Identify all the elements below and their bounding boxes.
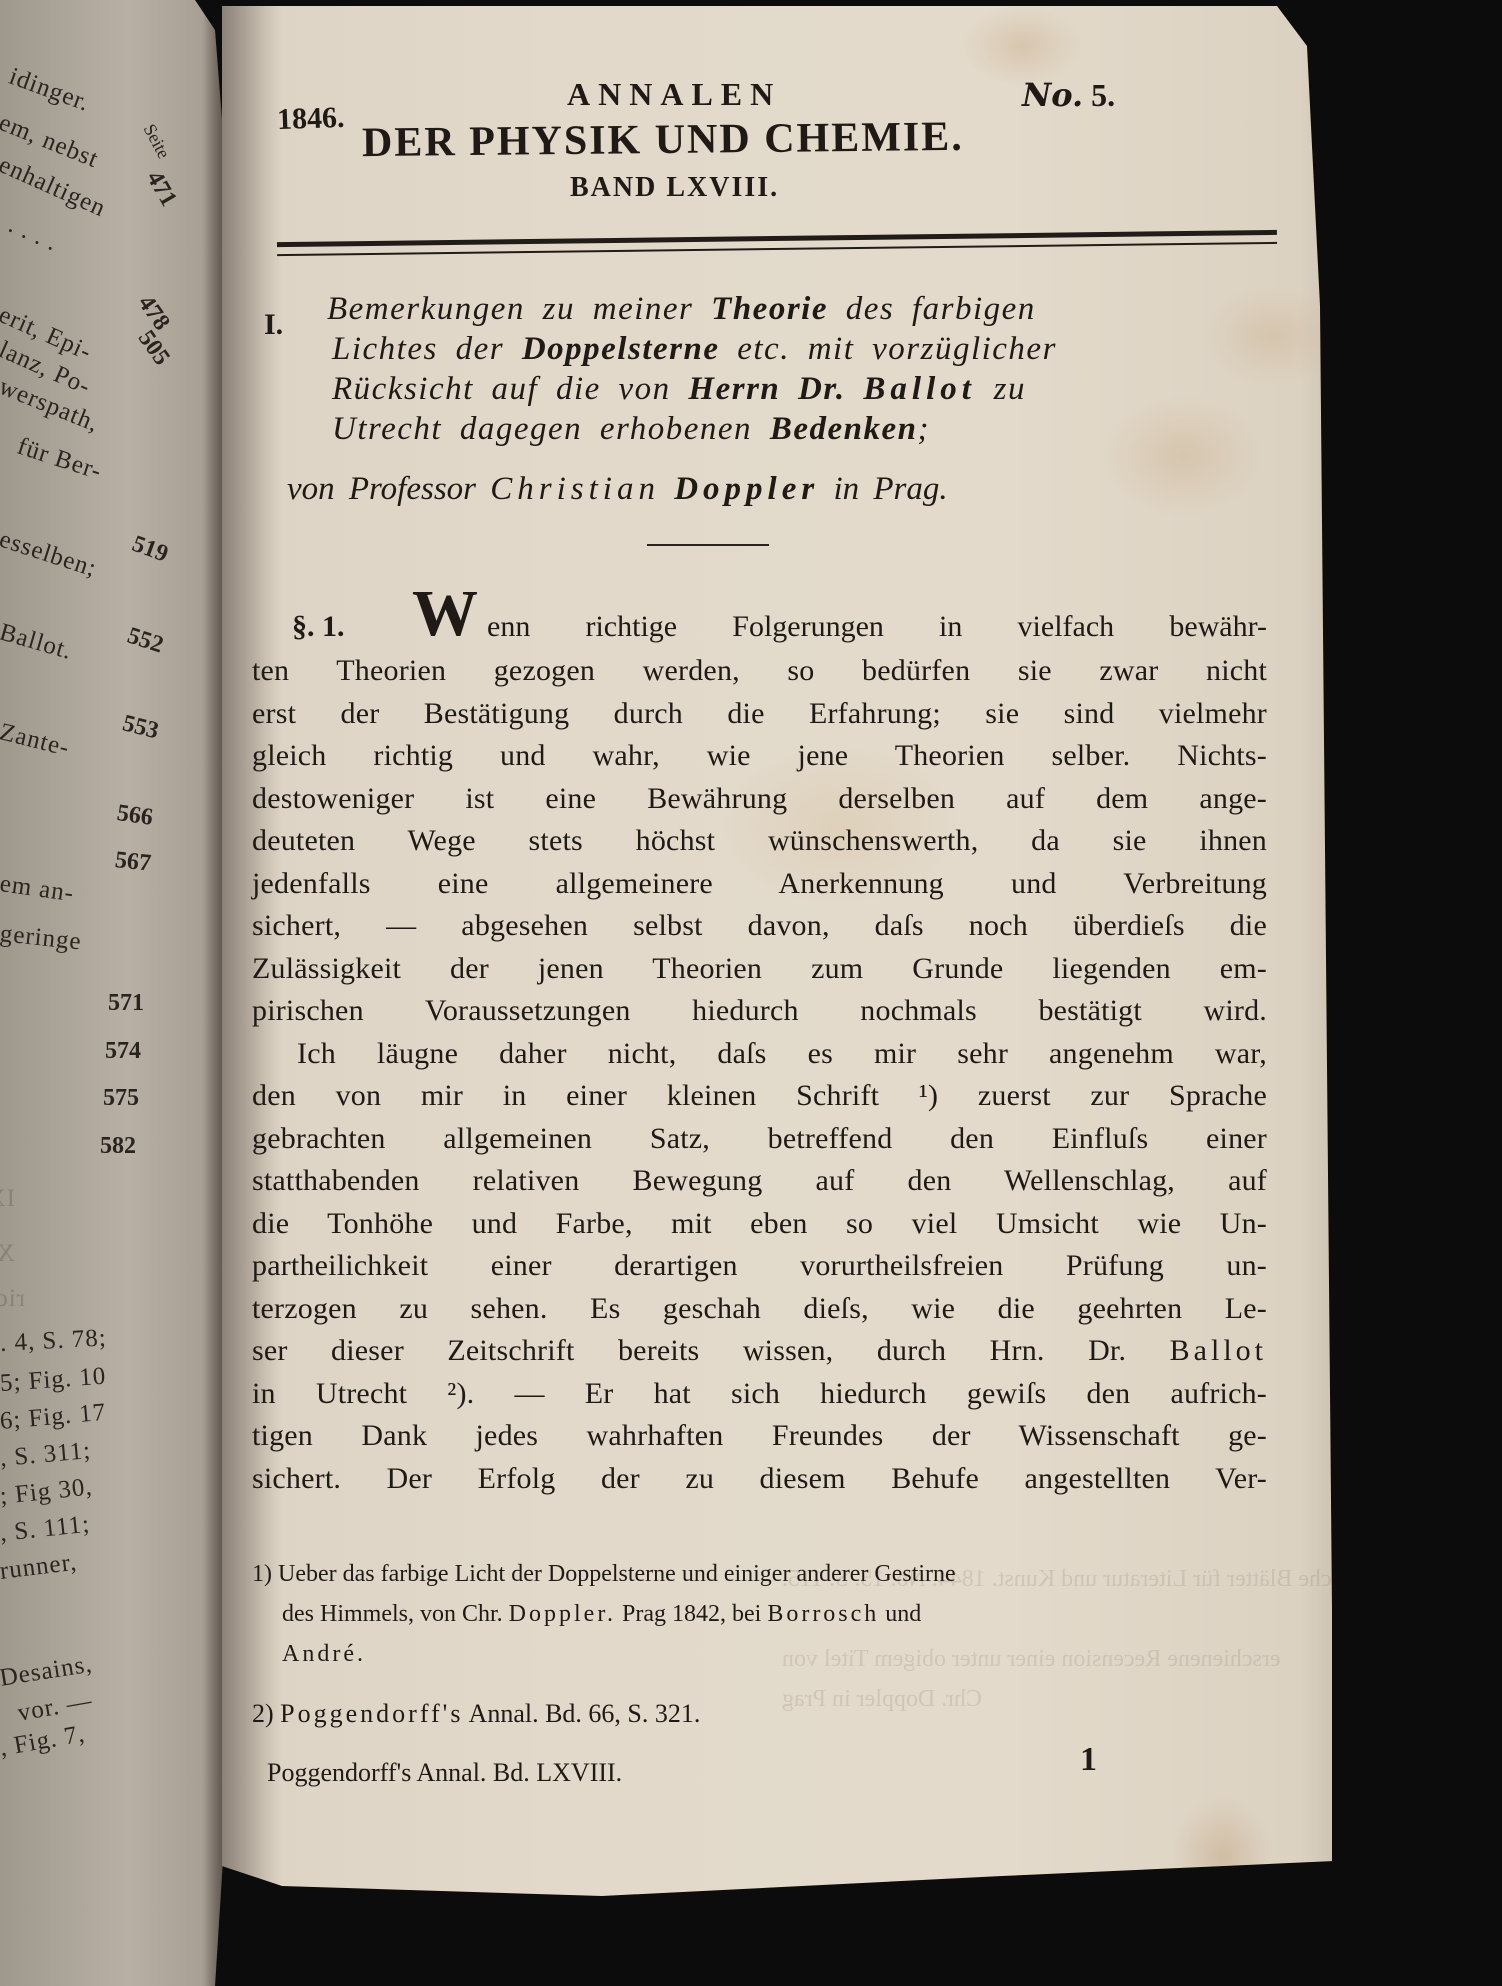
author-first-name: Christian — [490, 471, 660, 507]
body-text-line: gleich richtig und wahr, wie jene Theori… — [252, 739, 1267, 773]
left-page-text-line: idinger. — [5, 63, 93, 118]
page-number: 1 — [1080, 1741, 1097, 1779]
left-page-page-ref: 505 — [132, 326, 175, 371]
body-text-line: terzogen zu sehen. Es geschah dieſs, wie… — [252, 1292, 1267, 1326]
issue-value: 5. — [1091, 77, 1115, 113]
body-text-line: jedenfalls eine allgemeinere Anerkennung… — [252, 867, 1267, 901]
body-text-line: statthabenden relativen Bewegung auf den… — [252, 1164, 1267, 1198]
body-text-line: die Tonhöhe und Farbe, mit eben so viel … — [252, 1207, 1267, 1241]
left-page-page-ref: 519 — [128, 531, 171, 569]
bleed-through-text: Chr. Doppler in Prag — [782, 1686, 982, 1713]
left-page-page-ref: 571 — [108, 990, 144, 1017]
title-separator-rule — [647, 544, 769, 546]
left-page-text-line: , S. 111; — [0, 1511, 91, 1548]
footnote-1-line-3: André. — [282, 1641, 366, 1668]
spaced-name-ballot: Ballot — [1170, 1334, 1267, 1367]
left-page-text-line: esselben; — [0, 526, 100, 584]
body-text-line: gebrachten allgemeinen Satz, betreffend … — [252, 1122, 1267, 1156]
left-page-page-ref: 552 — [124, 623, 167, 660]
left-page-bleed-line: rich B — [0, 1285, 25, 1313]
left-page-page-ref: 567 — [114, 847, 153, 878]
publication-year: 1846. — [276, 101, 345, 137]
left-page-text-line: 5; Fig. 10 — [0, 1363, 107, 1398]
author-surname: Doppler — [674, 471, 819, 507]
volume-label: BAND LXVIII. — [570, 172, 779, 204]
article-number: I. — [264, 308, 283, 342]
left-page-text-line: Zante- — [0, 718, 73, 762]
body-text-line: den von mir in einer kleinen Schrift ¹) … — [252, 1079, 1267, 1113]
body-text-line: ser dieser Zeitschrift bereits wissen, d… — [252, 1334, 1267, 1368]
left-page-text-line: , Fig. 7, — [0, 1720, 87, 1763]
body-text-line: Ich läugne daher nicht, daſs es mir sehr… — [297, 1037, 1267, 1071]
left-page-text-line: vor. — — [16, 1687, 95, 1728]
left-page-page-ref: 471 — [140, 167, 181, 212]
left-page-page-ref: 553 — [120, 710, 161, 745]
article-title-line: Lichtes der Doppelsterne etc. mit vorzüg… — [332, 331, 1057, 368]
left-page-text-line: . 4, S. 78; — [0, 1324, 107, 1358]
body-text-line: pirischen Voraussetzungen hiedurch nochm… — [252, 994, 1267, 1028]
left-page-page-ref: Seite — [139, 121, 174, 163]
body-text-line: partheilichkeit einer derartigen vorurth… — [252, 1249, 1267, 1283]
section-mark: §. 1. — [292, 610, 345, 644]
body-first-line: enn richtige Folgerungen in vielfach bew… — [487, 610, 1267, 644]
left-page-text-line: geringe — [0, 920, 83, 956]
left-page-text-line: em an- — [0, 870, 76, 908]
left-page-text-line: 6; Fig. 17 — [0, 1399, 107, 1436]
article-title-line: Bemerkungen zu meiner Theorie des farbig… — [327, 291, 1036, 328]
body-text-line: ten Theorien gezogen werden, so bedürfen… — [252, 654, 1267, 688]
left-page-text-line: für Ber- — [14, 433, 106, 487]
left-page-text-line: Desains, — [0, 1651, 94, 1693]
left-page-page-ref: 575 — [103, 1085, 139, 1112]
left-page-text-line: , S. 311; — [0, 1437, 92, 1473]
issue-number: No. 5. — [1022, 76, 1115, 114]
body-text-line: sichert, — abgesehen selbst davon, daſs … — [252, 909, 1267, 943]
footnote-1-line-1: 1) Ueber das farbige Licht der Doppelste… — [252, 1561, 956, 1588]
body-text-line: tigen Dank jedes wahrhaften Freundes der… — [252, 1419, 1267, 1453]
journal-title-main: DER PHYSIK UND CHEMIE. — [362, 113, 964, 167]
left-page-text-line: Ballot. — [0, 619, 75, 666]
footnote-1-line-2: des Himmels, von Chr. Doppler. Prag 1842… — [282, 1601, 921, 1628]
left-page-page-ref: 582 — [100, 1133, 136, 1160]
body-text-line: Zulässigkeit der jenen Theorien zum Grun… — [252, 952, 1267, 986]
article-title-line: Utrecht dagegen erhobenen Bedenken; — [332, 411, 930, 448]
article-author: von Professor Christian Doppler in Prag. — [287, 471, 948, 508]
left-page-text-line: ; Fig 30, — [0, 1473, 94, 1511]
book-page: 1) Oesterreichische Blätter für Literatu… — [222, 6, 1332, 1896]
body-text-line: deuteten Wege stets höchst wünschenswert… — [252, 824, 1267, 858]
left-facing-page: idinger.em, nebstenhaltigen. . . .erit, … — [0, 0, 232, 1986]
journal-title-top: ANNALEN — [567, 76, 781, 113]
body-text-line: destoweniger ist eine Bewährung derselbe… — [252, 782, 1267, 816]
left-page-text-line: runner, — [0, 1549, 79, 1586]
left-page-bleed-line: X. Ueber — [0, 1240, 15, 1268]
left-page-page-ref: 574 — [105, 1038, 141, 1065]
body-text-line: sichert. Der Erfolg der zu diesem Behufe… — [252, 1462, 1267, 1496]
header-double-rule — [277, 230, 1277, 256]
left-page-page-ref: 566 — [115, 800, 154, 832]
drop-capital: W — [412, 581, 478, 647]
body-text-line: erst der Bestätigung durch die Erfahrung… — [252, 697, 1267, 731]
bleed-through-text: erschienene Recension einer unter obigem… — [782, 1646, 1281, 1673]
article-title-line: Rücksicht auf die von Herrn Dr. Ballot z… — [332, 371, 1026, 408]
footnote-2: 2) Poggendorff's Annal. Bd. 66, S. 321. — [252, 1699, 700, 1729]
left-page-text-line: . . . . — [4, 211, 62, 257]
body-text-line: in Utrecht ²). — Er hat sich hiedurch ge… — [252, 1377, 1267, 1411]
left-page-bleed-line: IX. Einig — [0, 1185, 15, 1213]
signature-line: Poggendorff's Annal. Bd. LXVIII. — [267, 1758, 622, 1788]
issue-prefix: No. — [1022, 76, 1083, 114]
